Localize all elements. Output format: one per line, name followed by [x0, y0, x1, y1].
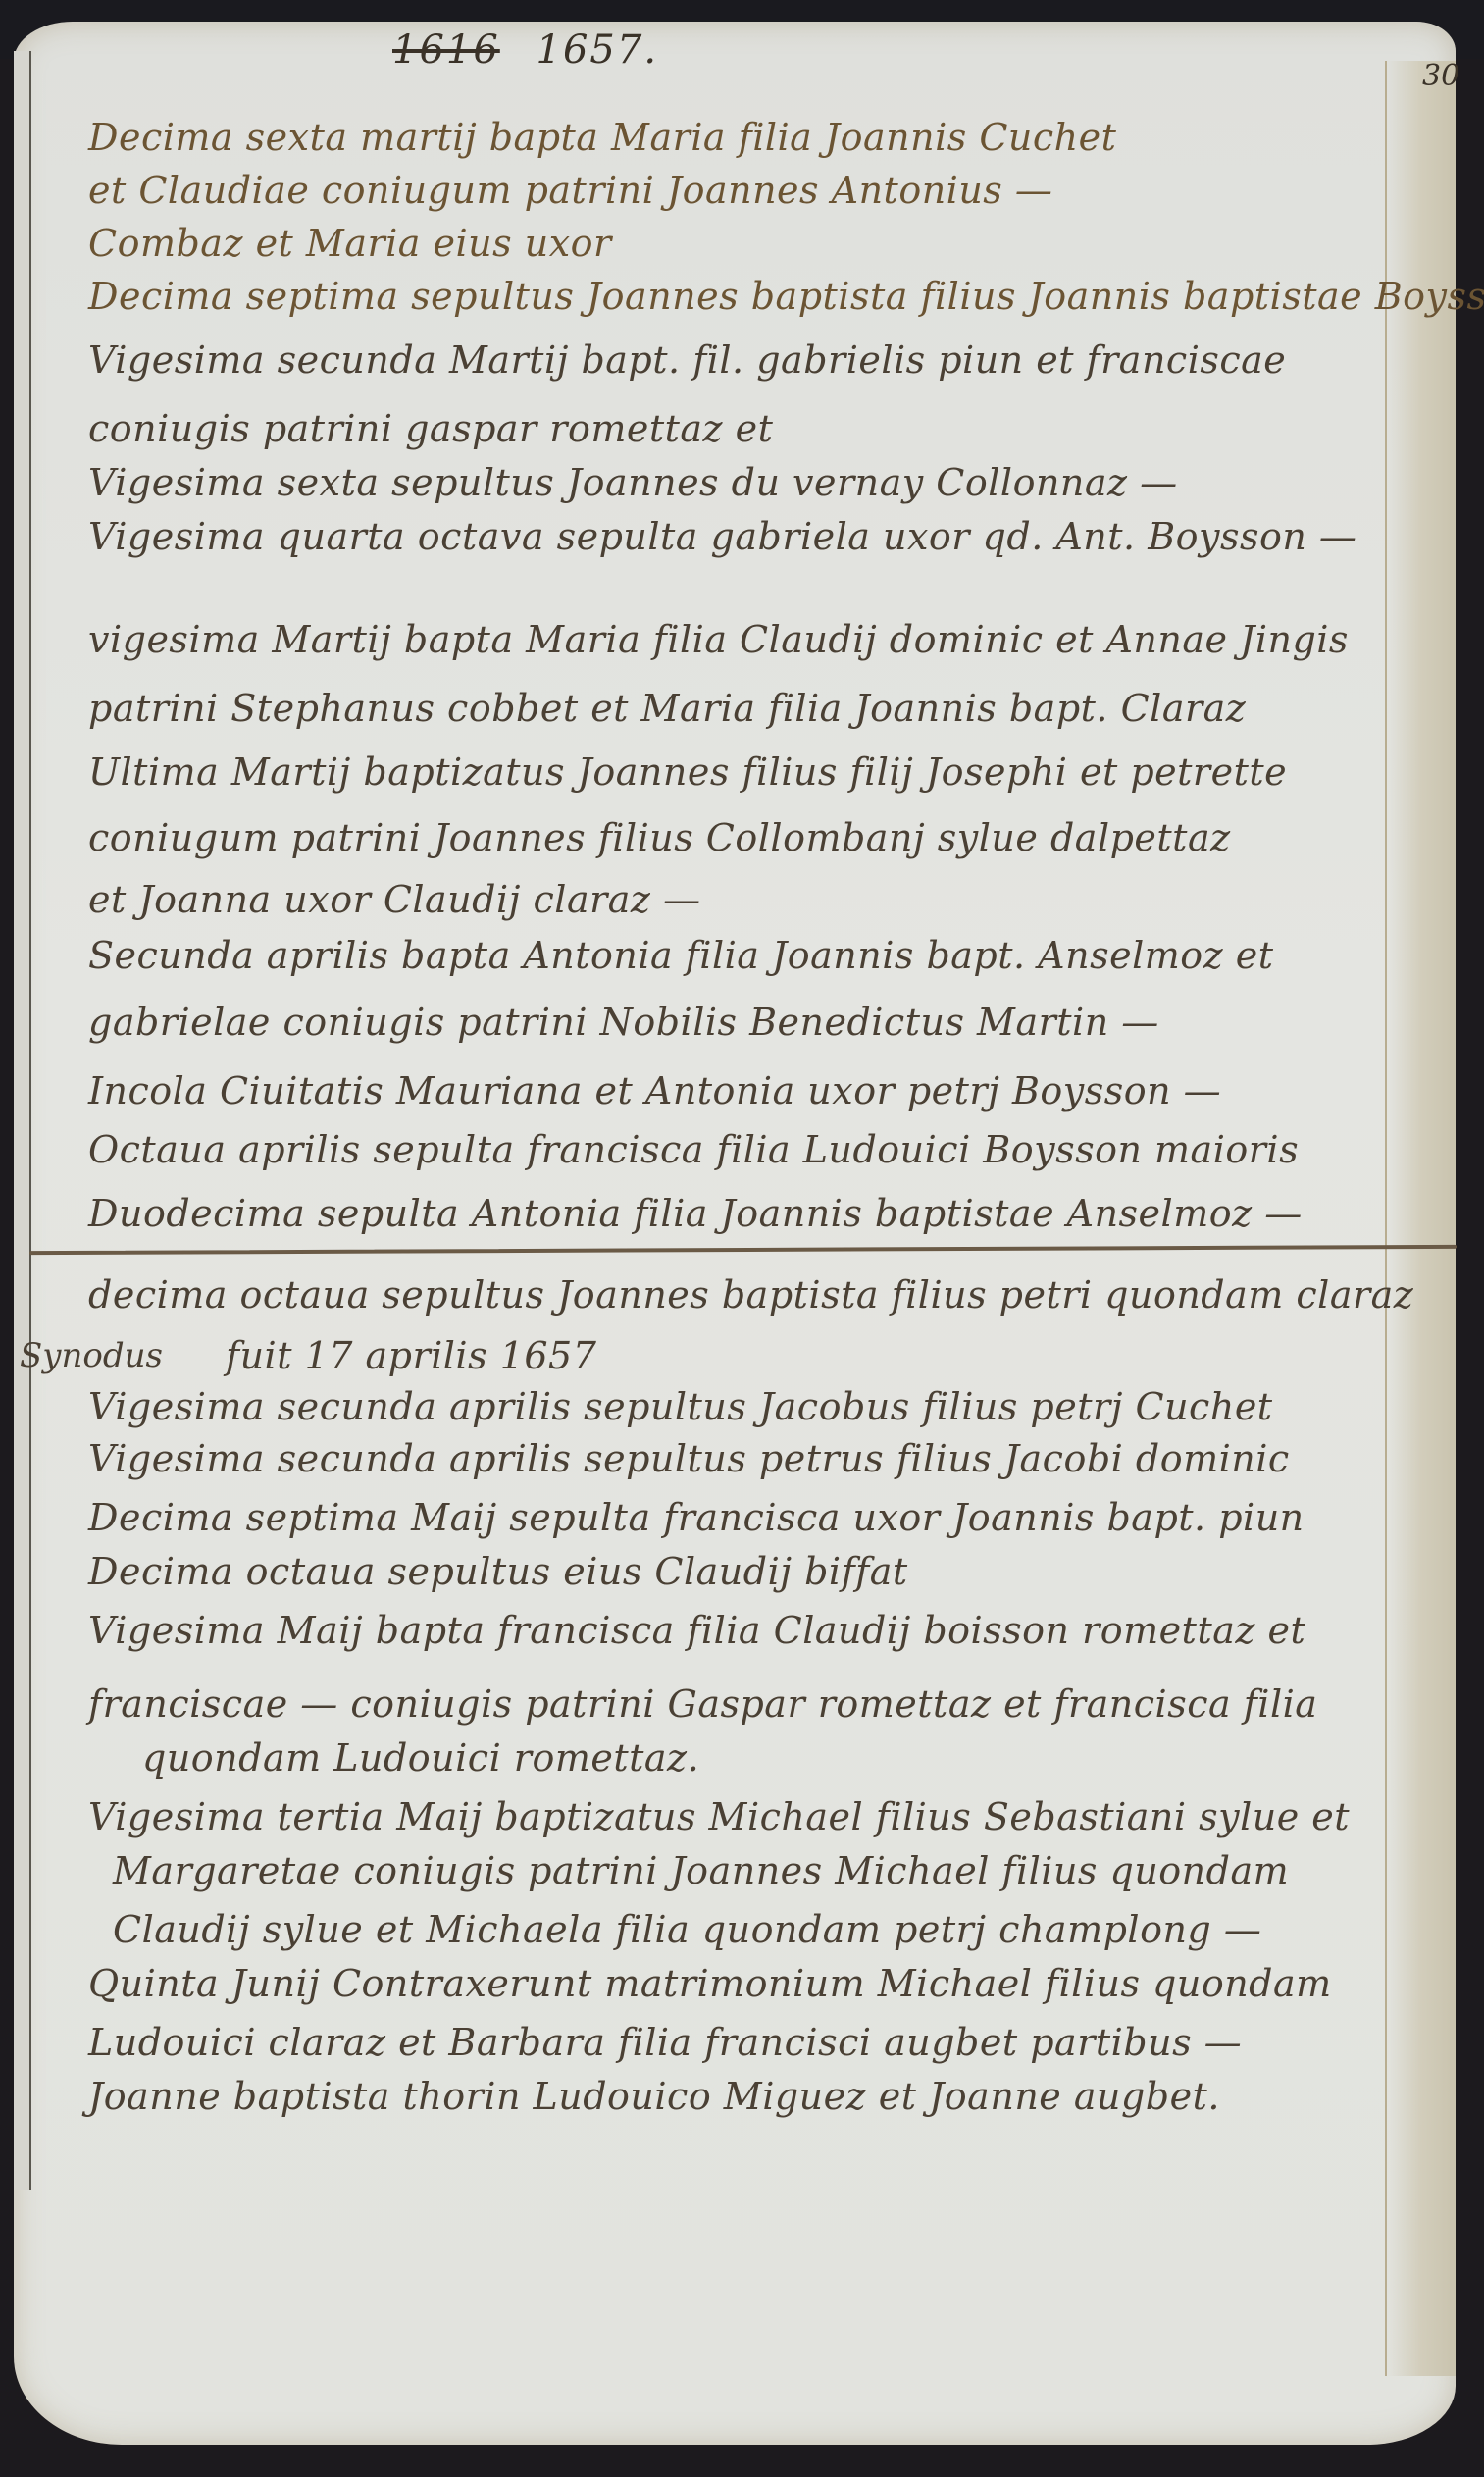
entry-line: Octaua aprilis sepulta francisca filia L…	[88, 1128, 1299, 1171]
entry-line: Decima septima sepultus Joannes baptista…	[88, 275, 1484, 318]
entry-line: patrini Stephanus cobbet et Maria filia …	[88, 687, 1246, 730]
entry-line: Ludouici claraz et Barbara filia francis…	[88, 2021, 1242, 2064]
entry-line: Incola Ciuitatis Mauriana et Antonia uxo…	[88, 1069, 1221, 1112]
entry-line: Decima sexta martij bapta Maria filia Jo…	[88, 116, 1116, 159]
entry-line: coniugis patrini gaspar romettaz et	[88, 407, 773, 450]
entry-line: Combaz et Maria eius uxor	[88, 222, 612, 265]
entry-line: Claudij sylue et Michaela filia quondam …	[113, 1908, 1261, 1951]
entry-line: Vigesima Maij bapta francisca filia Clau…	[88, 1609, 1305, 1652]
entry-line: Ultima Martij baptizatus Joannes filius …	[88, 750, 1287, 794]
entry-line: Duodecima sepulta Antonia filia Joannis …	[88, 1192, 1303, 1235]
entry-line: Quinta Junij Contraxerunt matrimonium Mi…	[88, 1962, 1332, 2005]
entry-line: Vigesima secunda aprilis sepultus petrus…	[88, 1437, 1290, 1480]
entry-line: Vigesima secunda aprilis sepultus Jacobu…	[88, 1385, 1273, 1428]
entry-line: Joanne baptista thorin Ludouico Miguez e…	[88, 2075, 1220, 2118]
entry-line: et Joanna uxor Claudij claraz —	[88, 878, 701, 921]
entry-line: Vigesima quarta octava sepulta gabriela …	[88, 515, 1356, 558]
margin-note-synodus: Synodus	[20, 1336, 163, 1375]
entry-line: Vigesima tertia Maij baptizatus Michael …	[88, 1795, 1350, 1838]
entry-line: vigesima Martij bapta Maria filia Claudi…	[88, 618, 1349, 661]
entry-line: Secunda aprilis bapta Antonia filia Joan…	[88, 934, 1274, 977]
entry-line: decima octaua sepultus Joannes baptista …	[88, 1273, 1413, 1316]
entry-line: quondam Ludouici romettaz.	[142, 1736, 699, 1780]
page-header-year: 1616 1657.	[392, 27, 658, 73]
entry-line: fuit 17 aprilis 1657	[226, 1334, 596, 1377]
entry-line: et Claudiae coniugum patrini Joannes Ant…	[88, 169, 1052, 212]
binding-gutter	[14, 51, 31, 2190]
entry-line: Decima septima Maij sepulta francisca ux…	[88, 1496, 1305, 1539]
page-right-edge	[1385, 61, 1456, 2376]
entry-line: coniugum patrini Joannes filius Collomba…	[88, 816, 1231, 859]
folio-number: 30	[1422, 59, 1459, 93]
entry-line: Margaretae coniugis patrini Joannes Mich…	[113, 1849, 1289, 1892]
entry-line: gabrielae coniugis patrini Nobilis Bened…	[88, 1001, 1159, 1044]
year: 1657.	[537, 27, 659, 73]
entry-line: franciscae — coniugis patrini Gaspar rom…	[88, 1682, 1317, 1726]
struck-year: 1616	[392, 27, 500, 73]
entry-line: Vigesima sexta sepultus Joannes du verna…	[88, 461, 1178, 504]
entry-line: Decima octaua sepultus eius Claudij biff…	[88, 1550, 908, 1593]
entry-line: Vigesima secunda Martij bapt. fil. gabri…	[88, 338, 1286, 382]
